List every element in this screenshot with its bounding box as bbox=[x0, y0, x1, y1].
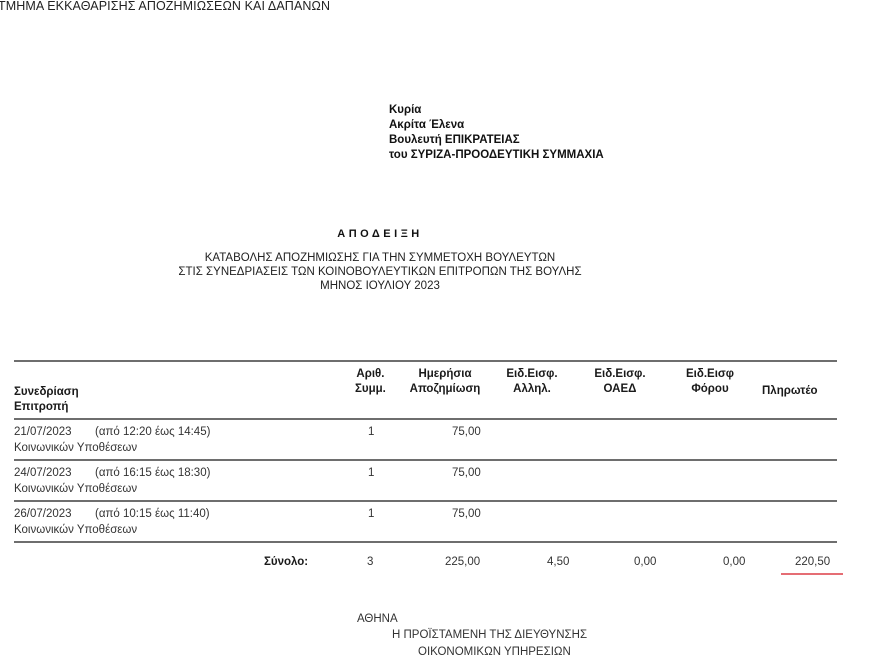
row-count: 1 bbox=[368, 507, 374, 522]
receipt-subtitle: ΚΑΤΑΒΟΛΗΣ ΑΠΟΖΗΜΙΩΣΗΣ ΓΙΑ ΤΗΝ ΣΥΜΜΕΤΟΧΗ … bbox=[0, 251, 760, 293]
row-committee: Κοινωνικών Υποθέσεων bbox=[14, 523, 137, 538]
row-time: (από 10:15 έως 11:40) bbox=[95, 507, 210, 522]
department-header: ΤΜΗΜΑ ΕΚΚΑΘΑΡΙΣΗΣ ΑΠΟΖΗΜΙΩΣΕΩΝ ΚΑΙ ΔΑΠΑΝ… bbox=[0, 0, 330, 13]
row-committee: Κοινωνικών Υποθέσεων bbox=[14, 482, 137, 497]
payable-highlight-underline bbox=[781, 573, 843, 575]
table-top-rule bbox=[14, 360, 837, 362]
header-session: Συνεδρίαση Επιτροπή bbox=[14, 385, 79, 415]
header-daily-compensation: Ημερήσια Αποζημίωση bbox=[400, 367, 490, 397]
row-count: 1 bbox=[368, 425, 374, 440]
row-committee: Κοινωνικών Υποθέσεων bbox=[14, 441, 137, 456]
header-payable: Πληρωτέο bbox=[762, 384, 818, 399]
receipt-title: ΑΠΟΔΕΙΞΗ bbox=[0, 228, 760, 240]
totals-label: Σύνολο: bbox=[264, 555, 308, 570]
row-date: 26/07/2023 bbox=[14, 507, 72, 522]
row-daily: 75,00 bbox=[452, 466, 481, 481]
header-tax-contribution: Ειδ.Εισφ Φόρου bbox=[675, 367, 745, 397]
signature-city: ΑΘΗΝΑ bbox=[357, 612, 398, 627]
signature-title-line-1: Η ΠΡΟΪΣΤΑΜΕΝΗ ΤΗΣ ΔΙΕΥΘΥΝΣΗΣ bbox=[392, 628, 587, 643]
subtitle-line-1: ΚΑΤΑΒΟΛΗΣ ΑΠΟΖΗΜΙΩΣΗΣ ΓΙΑ ΤΗΝ ΣΥΜΜΕΤΟΧΗ … bbox=[0, 251, 760, 265]
addressee-name: Ακρίτα Έλενα bbox=[389, 118, 604, 133]
header-solidarity-contribution: Ειδ.Εισφ. Αλληλ. bbox=[497, 367, 567, 397]
row-count: 1 bbox=[368, 466, 374, 481]
totals-count: 3 bbox=[367, 555, 373, 570]
row-date: 21/07/2023 bbox=[14, 425, 72, 440]
header-oaed-contribution: Ειδ.Εισφ. ΟΑΕΔ bbox=[585, 367, 655, 397]
totals-daily: 225,00 bbox=[445, 555, 480, 570]
addressee-party: του ΣΥΡΙΖΑ-ΠΡΟΟΔΕΥΤΙΚΗ ΣΥΜΜΑΧΙΑ bbox=[389, 148, 604, 163]
row-time: (από 16:15 έως 18:30) bbox=[95, 466, 210, 481]
totals-payable: 220,50 bbox=[795, 555, 830, 570]
signature-title-line-2: ΟΙΚΟΝΟΜΙΚΩΝ ΥΠΗΡΕΣΙΩΝ bbox=[418, 645, 571, 660]
table-bottom-rule bbox=[14, 541, 837, 543]
totals-solidarity: 4,50 bbox=[547, 555, 569, 570]
addressee-block: Κυρία Ακρίτα Έλενα Βουλευτή ΕΠΙΚΡΑΤΕΙΑΣ … bbox=[389, 103, 604, 163]
addressee-salutation: Κυρία bbox=[389, 103, 604, 118]
header-count: Αριθ. Συμμ. bbox=[355, 367, 386, 397]
row-daily: 75,00 bbox=[452, 425, 481, 440]
row-time: (από 12:20 έως 14:45) bbox=[95, 425, 210, 440]
row-date: 24/07/2023 bbox=[14, 466, 72, 481]
totals-oaed: 0,00 bbox=[634, 555, 656, 570]
totals-tax: 0,00 bbox=[723, 555, 745, 570]
table-header-rule bbox=[14, 418, 837, 420]
row-rule bbox=[14, 500, 837, 502]
row-rule bbox=[14, 459, 837, 461]
subtitle-line-3: ΜΗΝΟΣ ΙΟΥΛΙΟΥ 2023 bbox=[0, 279, 760, 293]
row-daily: 75,00 bbox=[452, 507, 481, 522]
addressee-role: Βουλευτή ΕΠΙΚΡΑΤΕΙΑΣ bbox=[389, 133, 604, 148]
subtitle-line-2: ΣΤΙΣ ΣΥΝΕΔΡΙΑΣΕΙΣ ΤΩΝ ΚΟΙΝΟΒΟΥΛΕΥΤΙΚΩΝ Ε… bbox=[0, 265, 760, 279]
